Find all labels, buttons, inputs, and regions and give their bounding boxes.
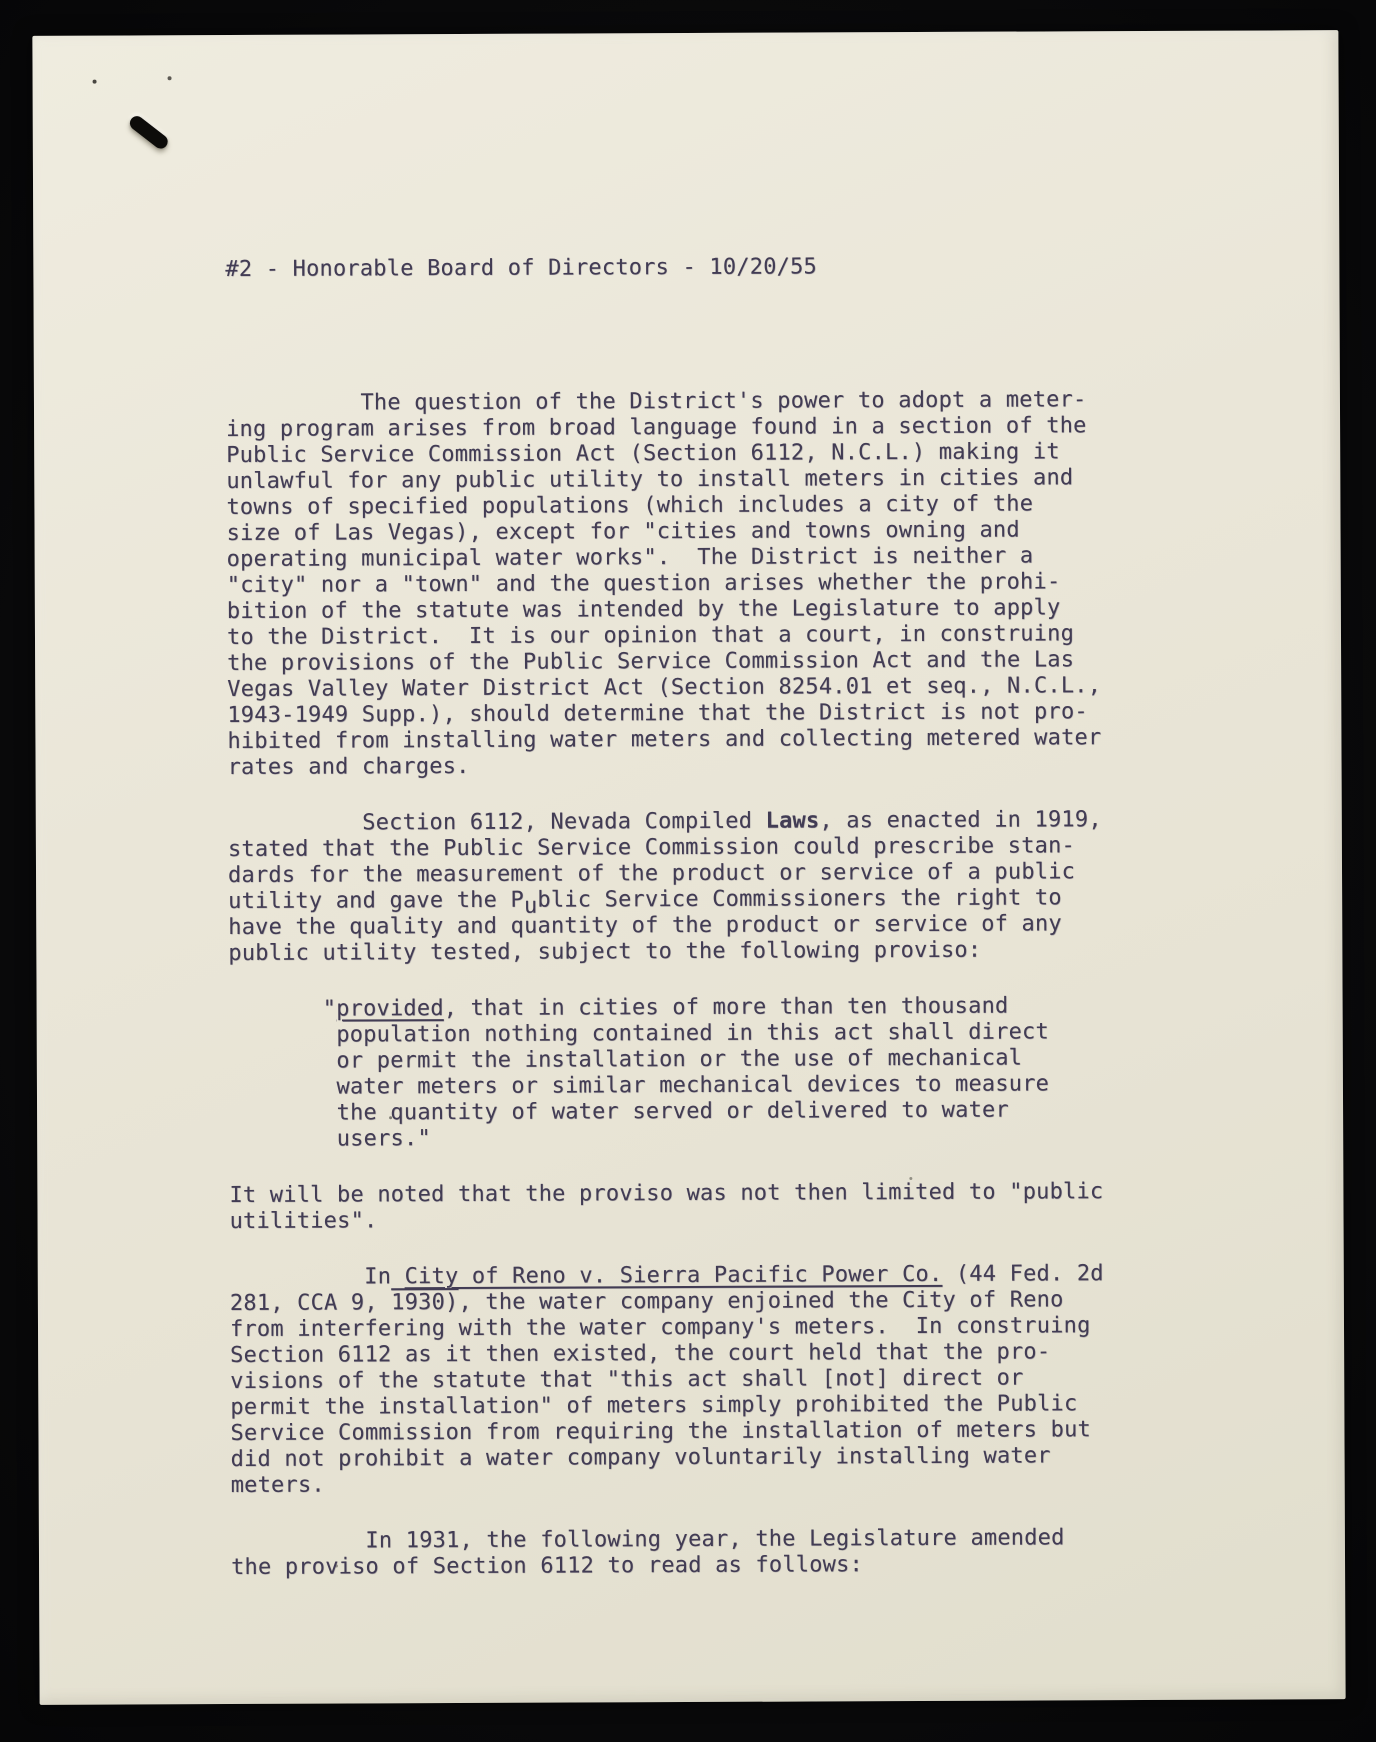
page-header: #2 - Honorable Board of Directors - 10/2… <box>225 253 1225 283</box>
text-line: public utility tested, subject to the fo… <box>228 937 1228 967</box>
paper-speck <box>168 76 172 80</box>
text-line: utilities". <box>229 1205 1229 1235</box>
scanned-document: #2 - Honorable Board of Directors - 10/2… <box>0 0 1376 1742</box>
blockquote: "provided, that in cities of more than t… <box>229 993 1230 1153</box>
document-body: The question of the District's power to … <box>226 387 1231 1581</box>
text-line: from interfering with the water company'… <box>230 1313 1230 1343</box>
text-line: In City of Reno v. Sierra Pacific Power … <box>230 1261 1230 1291</box>
staple-punch-mark <box>127 113 170 151</box>
paragraph: The question of the District's power to … <box>226 387 1228 781</box>
text-line: It will be noted that the proviso was no… <box>229 1179 1229 1209</box>
document-content: #2 - Honorable Board of Directors - 10/2… <box>225 201 1231 1633</box>
text-line: Section 6112, Nevada Compiled Laws, as e… <box>228 807 1228 837</box>
text-line: Service Commission from requiring the in… <box>230 1417 1230 1447</box>
paragraph: Section 6112, Nevada Compiled Laws, as e… <box>228 807 1229 967</box>
paragraph: In 1931, the following year, the Legisla… <box>231 1525 1231 1581</box>
paper-sheet: #2 - Honorable Board of Directors - 10/2… <box>32 30 1345 1705</box>
text-line: meters. <box>231 1469 1231 1499</box>
paragraph: It will be noted that the proviso was no… <box>229 1179 1229 1235</box>
text-line: users." <box>229 1123 1229 1153</box>
text-line: ing program arises from broad language f… <box>226 413 1226 443</box>
paragraph: In City of Reno v. Sierra Pacific Power … <box>230 1261 1231 1499</box>
text-line: hibited from installing water meters and… <box>227 725 1227 755</box>
text-line: the proviso of Section 6112 to read as f… <box>231 1551 1231 1581</box>
text-line: rates and charges. <box>228 751 1228 781</box>
paper-speck <box>93 80 97 84</box>
